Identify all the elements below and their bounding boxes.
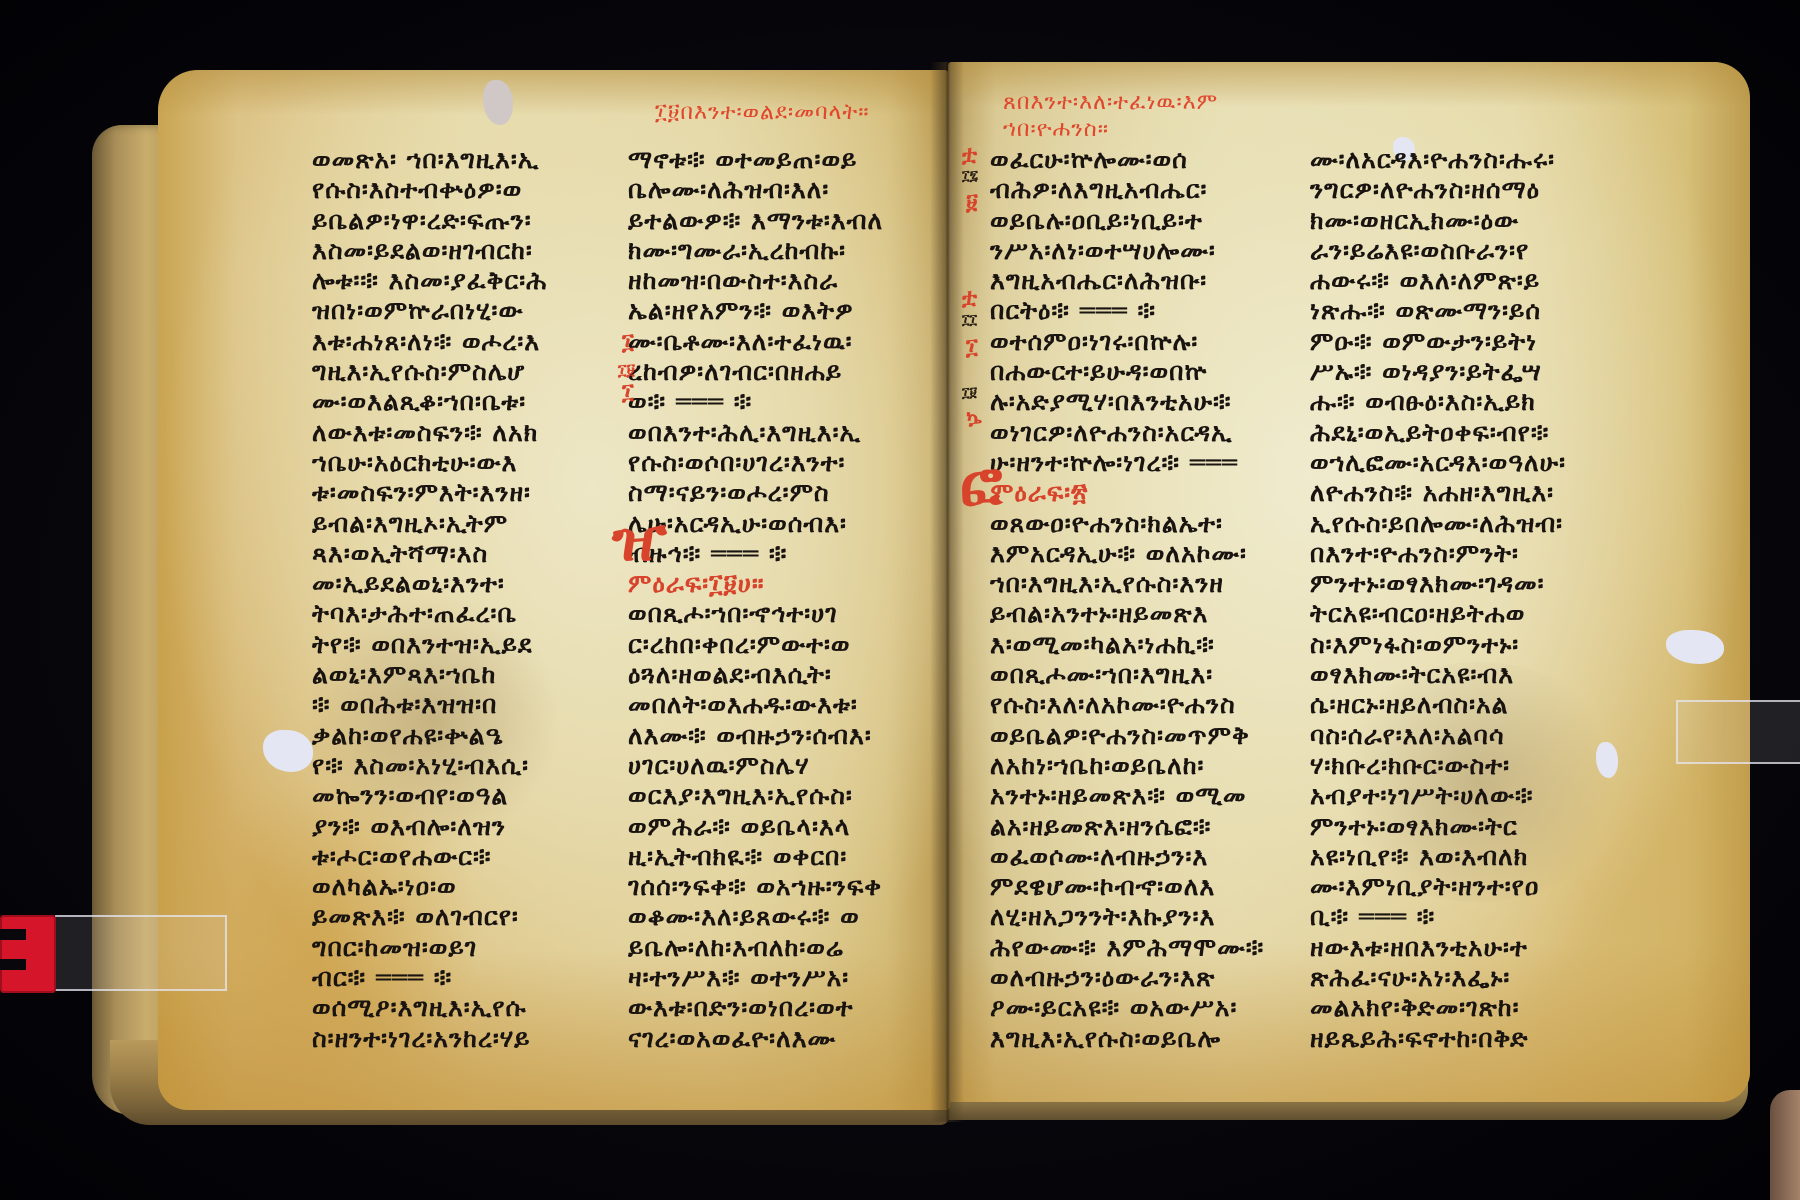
text-line: ባስ፡ሰራየ፡እለ፡አልባሳ <box>1310 721 1610 751</box>
text-line: ጽሕፈ፡ናሁ፡አነ፡እፌኑ፡ <box>1310 963 1610 993</box>
chapter-heading: ምዕራፍ፡፲፱ሀ። <box>628 569 928 599</box>
text-line: ፨ ወበሕቱ፡እዝዝ፡በ <box>312 690 602 720</box>
text-line: ብዙኅ፨ ═══ ፨ <box>628 539 928 569</box>
text-line: የሱስ፡ወሶበ፡ሀገረ፡እንተ፡ <box>628 448 928 478</box>
text-line: ግዚእ፡ኢየሱስ፡ምስሌሆ <box>312 357 602 387</box>
text-line: ብር፨ ═══ ፨ <box>312 963 602 993</box>
text-line: እ፡ወሚመ፡ካልአ፡ነሐኪ፨ <box>990 630 1290 660</box>
glass-slide-right <box>1676 700 1800 764</box>
parchment-tear <box>483 80 513 125</box>
text-line: ወሰሚዖ፡እግዚእ፡ኢየሱ <box>312 993 602 1023</box>
photo-scene: ወመጽአ፡ ኀበ፡እግዚእ፡ኢ የሱስ፡እስተብቍዕዎ፡ወ ይቤልዎ፡ነዋ፡ረድ… <box>0 0 1800 1200</box>
text-line: መ፡ኢይደልወኒ፡እንተ፡ <box>312 569 602 599</box>
text-line: አብያተ፡ነገሥት፡ሀለው፨ <box>1310 781 1610 811</box>
text-line: ኀበ፡እግዚእ፡ኢየሱስ፡እንዘ <box>990 569 1290 599</box>
margin-numeral: ፲ <box>622 330 634 355</box>
text-line: ወጸውዐ፡ዮሐንስ፡ክልኤተ፡ <box>990 509 1290 539</box>
text-line: ለሂ፡ዘአጋንንት፡እኩያን፡እ <box>990 902 1290 932</box>
text-line: በርትዕ፨ ═══ ፨ <box>990 296 1290 326</box>
text-line: ኤል፡ዘየአምን፨ ወእትዎ <box>628 296 928 326</box>
text-line: ራን፡ይሬእዩ፡ወስቡራን፡የ <box>1310 236 1610 266</box>
text-line: ወለብዙኃን፡ዕውራን፡እጽ <box>990 963 1290 993</box>
rubric-heading: ኀበ፡ዮሐንስ። <box>1003 117 1109 142</box>
right-page-column-1: ወፈርሁ፡ኵሎሙ፡ወሰ ብሕዎ፡ለእግዚአብሔር፡ ወይቤሉ፡ዐቢይ፡ነቢይ፡ተ… <box>990 145 1290 1054</box>
text-line: ወበእንተ፡ሕሊ፡እግዚእ፡ኢ <box>628 418 928 448</box>
text-line: ምንተኑ፡ወፃእክሙ፡ትር <box>1310 812 1610 842</box>
text-line: ወነገርዎ፡ለዮሐንስ፡አርዳኢ <box>990 418 1290 448</box>
text-line: ምዑ፨ ወምውታን፡ይትነ <box>1310 327 1610 357</box>
text-line: ሕደኒ፡ወኢይትዐቀፍ፡ብየ፨ <box>1310 418 1610 448</box>
margin-numeral: ፲ <box>966 335 978 360</box>
rubric-heading: ጸበእንተ፡እለ፡ተፈነዉ፡እም <box>1003 90 1218 115</box>
left-page-column-1: ወመጽአ፡ ኀበ፡እግዚእ፡ኢ የሱስ፡እስተብቍዕዎ፡ወ ይቤልዎ፡ነዋ፡ረድ… <box>312 145 602 1054</box>
text-line: ሎቱ፡፨ እስመ፡ያፈቅር፡ሕ <box>312 266 602 296</box>
text-line: ጻእ፡ወኢትሻማ፡እስ <box>312 539 602 569</box>
chapter-initial-ornament: ፎ <box>960 445 1002 525</box>
text-line: እግዚአብሔር፡ለሕዝቡ፡ <box>990 266 1290 296</box>
text-line: ሑ፨ ወብፁዕ፡እስ፡ኢይክ <box>1310 387 1610 417</box>
text-line: ወፈወሶሙ፡ለብዙኃን፡እ <box>990 842 1290 872</box>
text-line: ለውእቱ፡መስፍን፨ ለአክ <box>312 418 602 448</box>
text-line: ሃ፡ክቡረ፡ክቡር፡ውስተ፡ <box>1310 751 1610 781</box>
text-line: የሱስ፡እለ፡ለአኮሙ፡ዮሐንስ <box>990 690 1290 720</box>
text-line: ልአ፡ዘይመጽእ፡ዘንሴፎ፨ <box>990 812 1290 842</box>
text-line: ሥኡ፨ ወነዳያን፡ይትፌሣ <box>1310 357 1610 387</box>
book-gutter <box>930 62 964 1122</box>
margin-numeral: ኴ <box>966 406 982 431</box>
text-line: ሴ፡ዘርኑ፡ዘይለብስ፡አል <box>1310 690 1610 720</box>
text-line: ዛ፡ተንሥእ፨ ወተንሥአ፡ <box>628 963 928 993</box>
text-line: ወ፨ ═══ ፨ <box>628 387 928 417</box>
text-line: እስመ፡ይደልወ፡ዘገብርከ፡ <box>312 236 602 266</box>
text-line: ምደዌሆሙ፡ኮብኆ፡ወለእ <box>990 872 1290 902</box>
right-page-column-2: ሙ፡ለአርዳእ፡ዮሐንስ፡ሑሩ፡ ንግርዎ፡ለዮሐንስ፡ዘሰማዕ ክሙ፡ወዘርኢ… <box>1310 145 1610 1054</box>
text-line: ለእሙ፨ ወብዙኃን፡ሰብእ፡ <box>628 721 928 751</box>
text-line: ሁ፡ዘንተ፡ኵሎ፡ነገረ፨ ═══ <box>990 448 1290 478</box>
text-line: ስማ፡ናይን፡ወሖረ፡ምስ <box>628 478 928 508</box>
text-line: ኀቤሁ፡አዕርክቲሁ፡ውእ <box>312 448 602 478</box>
text-line: ብሕዎ፡ለእግዚአብሔር፡ <box>990 175 1290 205</box>
text-line: ይመጽእ፨ ወለገብርየ፡ <box>312 902 602 932</box>
text-line: ይብል፡አንተኑ፡ዘይመጽእ <box>990 599 1290 629</box>
text-line: ክሙ፡ግሙራ፡ኢረከብኩ፡ <box>628 236 928 266</box>
left-page-column-2: ማኖቱ፨ ወተመይጠ፡ወይ ቤሎሙ፡ለሕዝብ፡እለ፡ ይተልውዎ፨ እማንቱ፡እ… <box>628 145 928 1054</box>
rubric-heading: ፲፱በእንተ፡ወልደ፡መባላት። <box>655 100 870 125</box>
clip-notch <box>0 929 26 940</box>
text-line: ስ፡እምነፋስ፡ወምንተኑ፡ <box>1310 630 1610 660</box>
text-line: ወበጺሖሙ፡ኀበ፡እግዚእ፡ <box>990 660 1290 690</box>
text-line: ወይቤሉ፡ዐቢይ፡ነቢይ፡ተ <box>990 206 1290 236</box>
text-line: ያን፨ ወእብሎ፡ለዝን <box>312 812 602 842</box>
text-line: ሙ፡እምነቢያት፡ዘንተ፡የዐ <box>1310 872 1610 902</box>
margin-numeral: ፲ <box>622 380 634 405</box>
chapter-initial-ornament: ዠ <box>612 500 667 580</box>
text-line: ትየ፨ ወበእንተዝ፡ኢይደ <box>312 630 602 660</box>
text-line: ወኀሊፎሙ፡አርዳእ፡ወዓለሁ፡ <box>1310 448 1610 478</box>
text-line: ይተልውዎ፨ እማንቱ፡እብለ <box>628 206 928 236</box>
text-line: መልአክየ፡ቅድመ፡ገጽከ፡ <box>1310 993 1610 1023</box>
text-line: ዖሙ፡ይርአዩ፨ ወአውሥአ፡ <box>990 993 1290 1023</box>
text-line: ወምሕራ፨ ወይቤላ፡እላ <box>628 812 928 842</box>
margin-numeral: ቷ <box>962 142 977 167</box>
text-line: ሌሁ፡አርዳኢሁ፡ወሰብእ፡ <box>628 509 928 539</box>
chapter-heading: ምዕራፍ፡፳ <box>990 478 1290 508</box>
text-line: ይቤሎ፡ለከ፡እብለከ፡ወሬ <box>628 933 928 963</box>
text-line: ሉ፡አድያሚሃ፡በእንቲአሁ፨ <box>990 387 1290 417</box>
hand-edge <box>1770 1090 1800 1200</box>
text-line: ዘከመዝ፡በውስተ፡እስራ <box>628 266 928 296</box>
text-line: ዘይጼይሕ፡ፍኖተከ፡በቅድ <box>1310 1024 1610 1054</box>
text-line: ሙ፡ለአርዳእ፡ዮሐንስ፡ሑሩ፡ <box>1310 145 1610 175</box>
text-line: ዕጓለ፡ዘወልደ፡ብእሲት፡ <box>628 660 928 690</box>
margin-numeral: ፲፲ <box>962 312 977 328</box>
text-line: አዩ፡ነቢየ፨ እወ፡እብለክ <box>1310 842 1610 872</box>
text-line: ንግርዎ፡ለዮሐንስ፡ዘሰማዕ <box>1310 175 1610 205</box>
text-line: ናገረ፡ወአወፈዮ፡ለእሙ <box>628 1024 928 1054</box>
text-line: ቃልከ፡ወየሐዩ፡ቍልዔ <box>312 721 602 751</box>
text-line: ዘውእቱ፡ዘበእንቲአሁ፡ተ <box>1310 933 1610 963</box>
text-line: መበለት፡ወእሐዱ፡ውእቱ፡ <box>628 690 928 720</box>
text-line: ይቤልዎ፡ነዋ፡ረድ፡ፍጡን፡ <box>312 206 602 236</box>
text-line: ዝበነ፡ወምኵራበነሂ፡ው <box>312 296 602 326</box>
text-line: ሙ፡ወእልጺቆ፡ኀበ፡ቤቱ፡ <box>312 387 602 417</box>
text-line: አንተኑ፡ዘይመጽእ፨ ወሚመ <box>990 781 1290 811</box>
text-line: ረከብዎ፡ለገብር፡በዘሐይ <box>628 357 928 387</box>
text-line: ማኖቱ፨ ወተመይጠ፡ወይ <box>628 145 928 175</box>
red-clip <box>0 915 56 993</box>
text-line: ቱ፡ሖር፡ወየሐውር፨ <box>312 842 602 872</box>
text-line: ወፃእክሙ፡ትርአዩ፡ብእ <box>1310 660 1610 690</box>
text-line: በእንተ፡ዮሐንስ፡ምንት፡ <box>1310 539 1610 569</box>
text-line: እግዚእ፡ኢየሱስ፡ወይቤሎ <box>990 1024 1290 1054</box>
parchment-hole <box>263 730 313 772</box>
text-line: ወይቤልዎ፡ዮሐንስ፡መጥምቅ <box>990 721 1290 751</box>
text-line: ወርእያ፡እግዚእ፡ኢየሱስ፡ <box>628 781 928 811</box>
margin-numeral: ፲፱ <box>618 360 635 380</box>
text-line: ሀገር፡ሀለዉ፡ምስሌሃ <box>628 751 928 781</box>
parchment-hole <box>1666 630 1724 664</box>
text-line: እቱ፡ሐነጸ፡ለነ፨ ወሖረ፡እ <box>312 327 602 357</box>
text-line: ኢየሱስ፡ይበሎሙ፡ለሕዝብ፡ <box>1310 509 1610 539</box>
text-line: ወፈርሁ፡ኵሎሙ፡ወሰ <box>990 145 1290 175</box>
text-line: እምአርዳኢሁ፨ ወለአኮሙ፡ <box>990 539 1290 569</box>
text-line: መኰንን፡ወብየ፡ወዓል <box>312 781 602 811</box>
text-line: ወቆሙ፡እለ፡ይጸውሩ፨ ወ <box>628 902 928 932</box>
text-line: ለዮሐንስ፨ አሐዘ፡እግዚእ፡ <box>1310 478 1610 508</box>
glass-slide-left <box>55 915 227 991</box>
text-line: ሐውሩ፨ ወእለ፡ለምጽ፡ይ <box>1310 266 1610 296</box>
text-line: ልወኒ፡እምጻእ፡ኀቤከ <box>312 660 602 690</box>
margin-numeral: ፲፯ <box>962 168 978 184</box>
margin-numeral: ቷ <box>962 285 977 310</box>
text-line: ቱ፡መስፍን፡ምእት፡እንዘ፡ <box>312 478 602 508</box>
text-line: ወመጽአ፡ ኀበ፡እግዚእ፡ኢ <box>312 145 602 175</box>
text-line: ውእቱ፡በድን፡ወነበረ፡ወተ <box>628 993 928 1023</box>
text-line: ግበር፡ከመዝ፡ወይገ <box>312 933 602 963</box>
text-line: የሱስ፡እስተብቍዕዎ፡ወ <box>312 175 602 205</box>
text-line: በሐውርተ፡ይሁዳ፡ወበኵ <box>990 357 1290 387</box>
text-line: ቢ፨ ═══ ፨ <box>1310 902 1610 932</box>
text-line: ክሙ፡ወዘርኢክሙ፡ዕው <box>1310 206 1610 236</box>
text-line: ይብል፡እግዚኦ፡ኢትም <box>312 509 602 539</box>
text-line: ለአከነ፡ኀቤከ፡ወይቤለከ፡ <box>990 751 1290 781</box>
text-line: ምንተኑ፡ወፃእክሙ፡ገዳመ፡ <box>1310 569 1610 599</box>
text-line: ትርአዩ፡ብርዐ፡ዘይትሐወ <box>1310 599 1610 629</box>
text-line: ወለካልኡ፡ነዐ፡ወ <box>312 872 602 902</box>
text-line: ነጽሑ፨ ወጽሙማን፡ይሰ <box>1310 296 1610 326</box>
text-line: ዚ፡ኢትብክዪ፨ ወቀርበ፡ <box>628 842 928 872</box>
margin-numeral: ፱ <box>966 190 978 215</box>
clip-notch <box>0 959 26 970</box>
margin-numeral: ፲፱ <box>962 385 977 401</box>
text-line: ወበጺሖ፡ኀበ፡ኆኅተ፡ሀገ <box>628 599 928 629</box>
text-line: ቤሎሙ፡ለሕዝብ፡እለ፡ <box>628 175 928 205</box>
text-line: የ፨ እስመ፡አነሂ፡ብእሲ፡ <box>312 751 602 781</box>
text-line: ሕየውሙ፨ እምሕማሞሙ፨ <box>990 933 1290 963</box>
text-line: ር፡ረከበ፡ቀበረ፡ምውተ፡ወ <box>628 630 928 660</box>
text-line: ንሥአ፡ለነ፡ወተሣሀሎሙ፡ <box>990 236 1290 266</box>
text-line: ሙ፡ቤቶሙ፡እለ፡ተፈነዉ፡ <box>628 327 928 357</box>
text-line: ትባእ፡ታሕተ፡ጠፈረ፡ቤ <box>312 599 602 629</box>
text-line: ወተሰምዐ፡ነገሩ፡በኵሉ፡ <box>990 327 1290 357</box>
text-line: ስ፡ዘንተ፡ነገረ፡አንከረ፡ሃይ <box>312 1024 602 1054</box>
text-line: ገሰሰ፡ንፍቀ፨ ወአኀዙ፡ንፍቀ <box>628 872 928 902</box>
